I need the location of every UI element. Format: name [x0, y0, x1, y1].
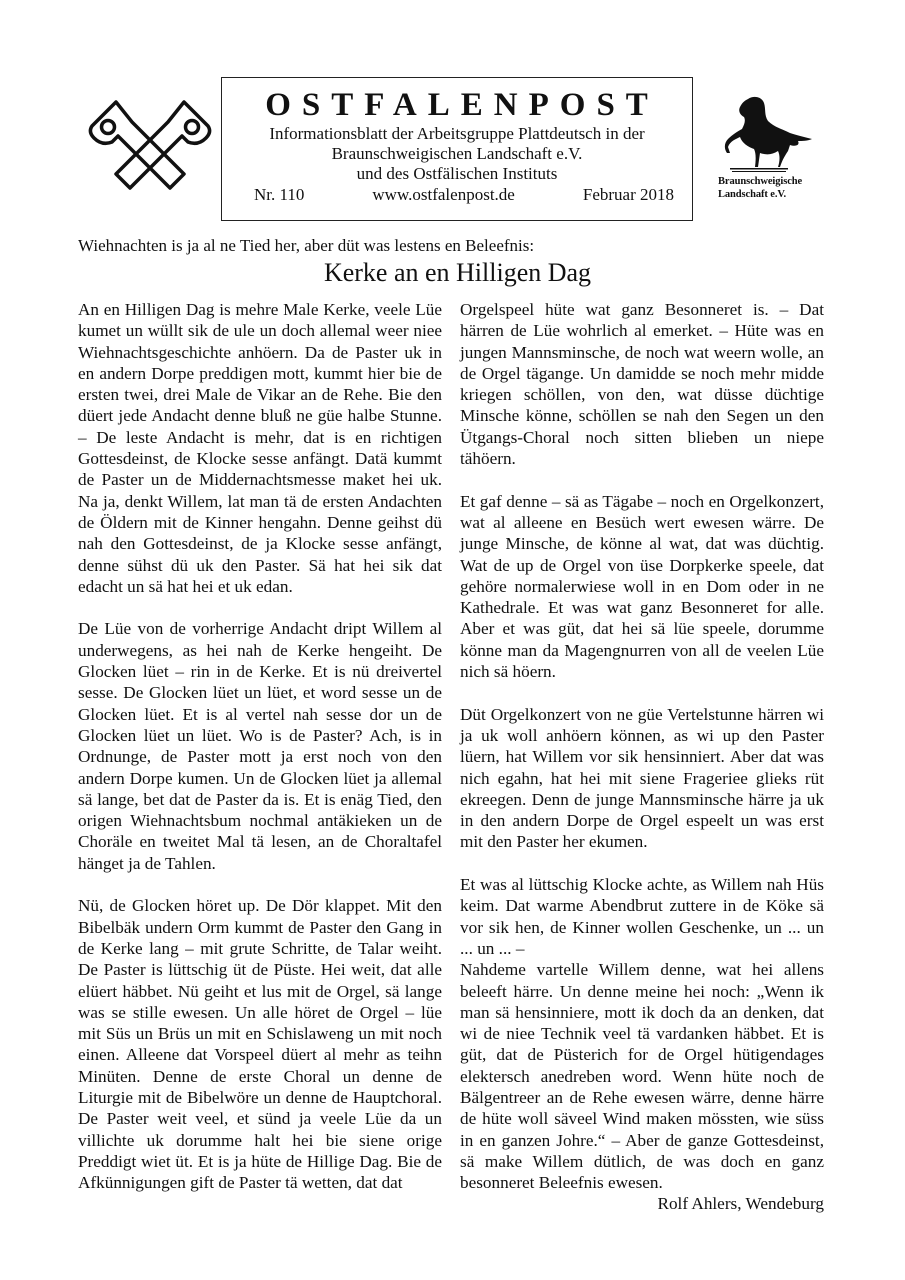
paragraph: Nü, de Glocken höret up. De Dör klappet.…	[78, 895, 442, 1193]
paragraph: De Lüe von de vorherrige Andacht dript W…	[78, 618, 442, 874]
issue-date: Februar 2018	[583, 185, 674, 205]
closing-paragraph-text: Nahdeme vartelle Willem denne, wat hei a…	[460, 960, 824, 1192]
org-name-line-2: Landschaft e.V.	[718, 188, 802, 201]
horse-icon	[718, 95, 818, 175]
subtitle-line-2: Braunschweigischen Landschaft e.V.	[222, 144, 692, 164]
crossed-keys-logo	[88, 98, 212, 192]
article-intro: Wiehnachten is ja al ne Tied her, aber d…	[78, 236, 534, 256]
org-name-line-1: Braunschweigische	[718, 175, 802, 188]
masthead-meta: Nr. 110 www.ostfalenpost.de Februar 2018	[222, 185, 692, 205]
crossed-keys-icon	[88, 98, 212, 192]
braunschweig-logo: Braunschweigische Landschaft e.V.	[716, 95, 828, 210]
article-column-right: Orgelspeel hüte wat ganz Besonneret is. …	[460, 299, 824, 1215]
author-signature: Rolf Ahlers, Wendeburg	[658, 1193, 825, 1214]
paragraph: Düt Orgelkonzert von ne güe Vertelstunne…	[460, 704, 824, 853]
paragraph: An en Hilligen Dag is mehre Male Kerke, …	[78, 299, 442, 597]
paragraph: Et gaf denne – sä as Tägabe – noch en Or…	[460, 491, 824, 683]
org-name: Braunschweigische Landschaft e.V.	[718, 175, 802, 201]
paragraph: Et was al lüttschig Klocke achte, as Wil…	[460, 874, 824, 959]
paragraph: Nahdeme vartelle Willem denne, wat hei a…	[460, 959, 824, 1193]
paragraph: Orgelspeel hüte wat ganz Besonneret is. …	[460, 299, 824, 469]
subtitle-line-1: Informationsblatt der Arbeitsgruppe Plat…	[222, 124, 692, 144]
newsletter-title: OSTFALENPOST	[222, 86, 692, 124]
article-headline: Kerke an en Hilligen Dag	[0, 257, 905, 289]
issue-number: Nr. 110	[254, 185, 304, 205]
website-link[interactable]: www.ostfalenpost.de	[372, 185, 514, 205]
masthead-box: OSTFALENPOST Informationsblatt der Arbei…	[221, 77, 693, 221]
article-column-left: An en Hilligen Dag is mehre Male Kerke, …	[78, 299, 442, 1193]
subtitle-line-3: und des Ostfälischen Instituts	[222, 164, 692, 184]
